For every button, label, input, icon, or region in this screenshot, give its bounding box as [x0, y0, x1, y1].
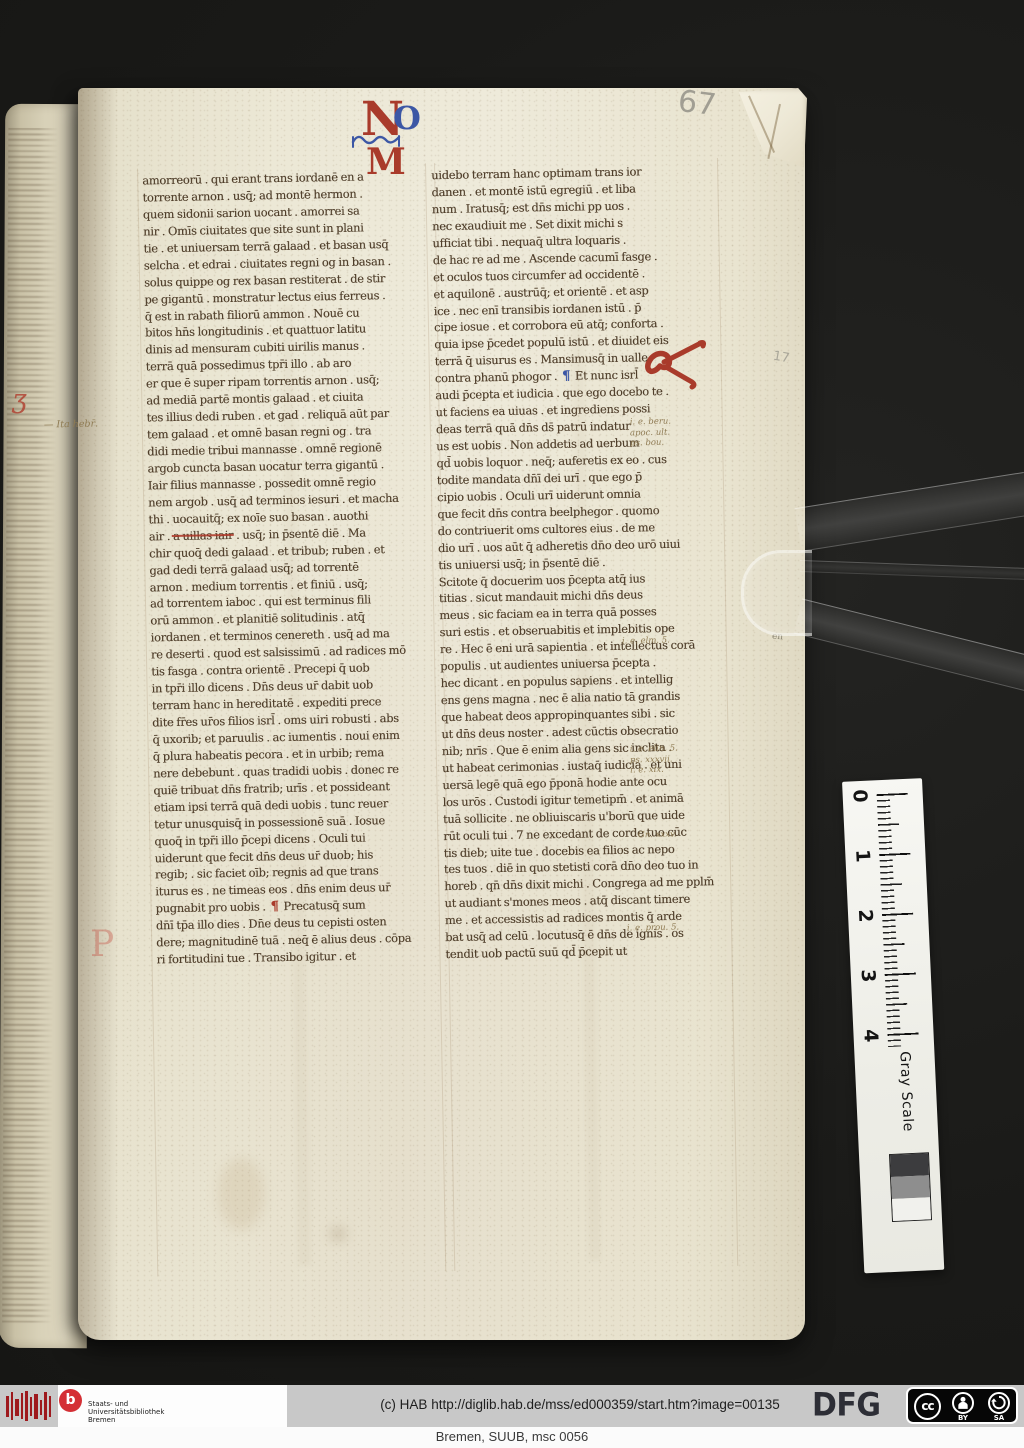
library-name: Staats- und Universitätsbibliothek Breme… — [88, 1400, 164, 1425]
clamp-strap-upper — [795, 472, 1024, 552]
right-margin-gloss: i. e. elm. 5. — [622, 635, 670, 647]
gloss-line: i. e. beru. — [630, 417, 671, 428]
cc-license-badge: cc BY SA — [906, 1387, 1018, 1424]
left-margin-note: — Ita hebr̄. — [44, 419, 98, 431]
text-column-right: uidebo terram hanc optimam trans iordane… — [431, 162, 728, 963]
clamp-strap-lower — [794, 599, 1024, 692]
copyright-url: (c) HAB http://diglib.hab.de/mss/ed00035… — [330, 1397, 830, 1412]
gloss-line: apoc. ult. — [630, 427, 671, 438]
ruler-number: 2 — [854, 903, 877, 928]
cc-sa-label: SA — [988, 1414, 1010, 1422]
gray-patch-dark — [890, 1153, 929, 1177]
right-margin-gloss: i. e. beru. apoc. ult. ps. bou. — [630, 417, 672, 449]
text-column-left: amorreorū . qui erant trans iordanē en a… — [142, 167, 438, 968]
library-name-line: Universitätsbibliothek — [88, 1408, 164, 1416]
gloss-line: Gn. xxxv. — [638, 830, 677, 841]
gloss-line: ps. bou. — [630, 438, 671, 449]
text-block: amorreorū . qui erant trans iordanē en a… — [100, 158, 736, 1289]
running-title-letter-o: O — [393, 102, 421, 134]
ruler-number: 1 — [851, 843, 874, 868]
red-strikethrough-text: a uillas iair — [173, 528, 233, 543]
gloss-line: i. e. elm. 5. — [622, 635, 670, 647]
ruler-ticks-cm — [877, 793, 919, 1047]
suub-barcode-logo-icon — [6, 1391, 52, 1421]
shelfmark-caption: Bremen, SUUB, msc 0056 — [0, 1427, 1024, 1448]
ruler-number: 4 — [859, 1023, 882, 1048]
clamp-strap-middle — [800, 560, 1024, 580]
ruler-number: 0 — [848, 784, 871, 809]
cc-sa-arrow-icon — [988, 1392, 1010, 1414]
gray-patch-mid — [891, 1175, 930, 1199]
folio-number-pencil: 67 — [676, 84, 718, 123]
gloss-line: i. e. prou. 5. — [627, 922, 679, 934]
library-name-line: Bremen — [88, 1416, 164, 1424]
attribution-bar: b Staats- und Universitätsbibliothek Bre… — [0, 1385, 1024, 1427]
library-name-line: Staats- und — [88, 1400, 164, 1408]
gloss-line: i. e. xix. — [630, 764, 678, 776]
bremen-b-logo-icon: b — [59, 1389, 82, 1412]
gray-scale-patches — [889, 1152, 932, 1222]
right-margin-gloss: i. e. prou. 5. — [627, 922, 679, 934]
cc-logo-icon: cc — [914, 1393, 941, 1420]
red-pilcrow-mark: ¶ — [268, 899, 280, 914]
blue-pilcrow-mark: ¶ — [560, 369, 572, 384]
gray-scale-ruler: 0 1 2 3 4 Gray Scale — [842, 778, 944, 1273]
gray-patch-light — [892, 1197, 931, 1221]
gray-scale-caption: Gray Scale — [896, 1051, 916, 1132]
gloss-line: ps. xxxvii. — [630, 754, 678, 766]
cc-by-person-icon — [952, 1392, 974, 1414]
margin-number-pencil: 17 — [772, 349, 791, 367]
dfg-logo: DFG — [812, 1387, 881, 1424]
gloss-line: i. e. elin. 5. — [630, 744, 678, 756]
right-margin-gloss: Gn. xxxv. — [638, 830, 677, 841]
fore-edge-text-texture — [2, 128, 58, 1324]
ruler-number: 3 — [856, 963, 879, 988]
right-margin-gloss: i. e. elin. 5. ps. xxxvii. i. e. xix. — [630, 744, 679, 776]
cc-by-label: BY — [952, 1414, 974, 1422]
faint-initial-p: P — [90, 924, 114, 965]
library-logo-block: b Staats- und Universitätsbibliothek Bre… — [58, 1385, 287, 1427]
digitized-manuscript-photo: N O M 67 17 en amorreorū . qui erant tra… — [0, 0, 1024, 1448]
left-margin-red-mark: Ʒ — [12, 390, 27, 420]
